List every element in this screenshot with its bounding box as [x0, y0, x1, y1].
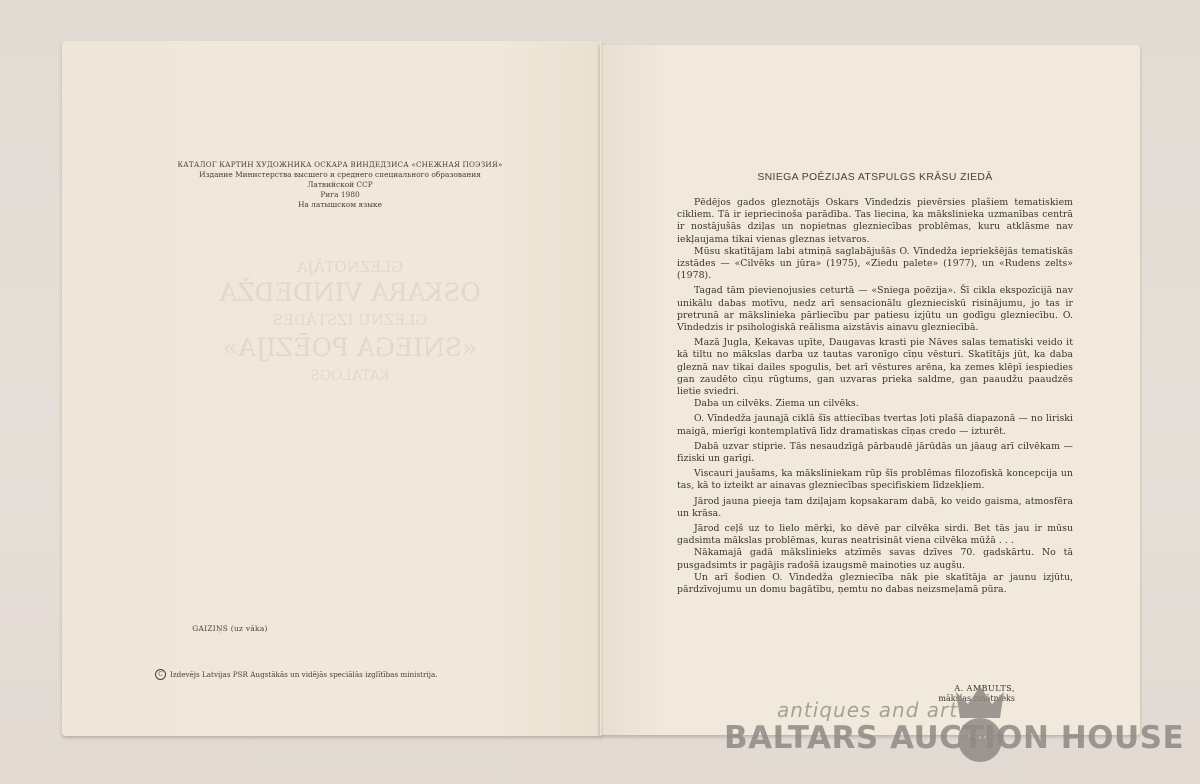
- article-title: SNIEGA POĒZIJAS ATSPULGS KRĀSU ZIEDĀ: [677, 172, 1073, 183]
- book-gutter: [598, 44, 603, 736]
- cover-caption: GAIZIŅS (uz vāka): [130, 624, 330, 633]
- article-paragraph: Un arī šodien O. Vīndedža glezniecība nā…: [677, 572, 1073, 596]
- bleed-line: KATALOGS: [200, 365, 500, 387]
- article-paragraph: Tagad tām pievienojusies ceturtā — «Snie…: [677, 285, 1073, 334]
- copyright-line: C Izdevējs Latvijas PSR Augstākās un vid…: [155, 669, 455, 680]
- imprint-region: Латвийской ССР: [150, 180, 530, 190]
- copyright-icon: C: [155, 669, 166, 680]
- author-name: A. AMBULTS,: [900, 684, 1015, 694]
- imprint-title: КАТАЛОГ КАРТИН ХУДОЖНИКА ОСКАРА ВИНДЕДЗИ…: [150, 160, 530, 170]
- article-paragraph: Nākamajā gadā mākslinieks atzīmēs savas …: [677, 547, 1073, 571]
- bleed-line: «SNIEGA POĒZIJA»: [200, 331, 500, 365]
- bleed-line: GLEZNOTĀJA: [200, 258, 500, 277]
- article-paragraph: Jārod ceļš uz to lielo mērķi, ko dēvē pa…: [677, 523, 1073, 547]
- article-paragraph: Dabā uzvar stiprie. Tās nesaudzīgā pārba…: [677, 441, 1073, 465]
- article: SNIEGA POĒZIJAS ATSPULGS KRĀSU ZIEDĀ Pēd…: [677, 172, 1073, 596]
- article-paragraph: Mūsu skatītājam labi atmiņā saglabājušās…: [677, 246, 1073, 283]
- bleed-through-text: GLEZNOTĀJA OSKARA VINDEDŽA GLEZNU IZSTĀD…: [200, 258, 500, 387]
- bleed-line: OSKARA VINDEDŽA: [200, 277, 500, 309]
- author-signature: A. AMBULTS, mākslas zinātnieks: [900, 684, 1015, 704]
- imprint-city-year: Рига 1980: [150, 190, 530, 200]
- article-paragraph: Pēdējos gados gleznotājs Oskars Vīndedzi…: [677, 197, 1073, 246]
- imprint-language: На латышском языке: [150, 200, 530, 210]
- article-paragraph: O. Vīndedža jaunajā ciklā šīs attiecības…: [677, 413, 1073, 437]
- article-paragraph: Jārod jauna pieeja tam dziļajam kopsakar…: [677, 496, 1073, 520]
- bleed-line: GLEZNU IZSTĀDES: [200, 309, 500, 331]
- imprint-block: КАТАЛОГ КАРТИН ХУДОЖНИКА ОСКАРА ВИНДЕДЗИ…: [150, 160, 530, 210]
- copyright-text: Izdevējs Latvijas PSR Augstākās un vidēj…: [170, 670, 438, 679]
- imprint-publisher: Издание Министерства высшего и среднего …: [150, 170, 530, 180]
- author-role: mākslas zinātnieks: [900, 694, 1015, 704]
- article-paragraph: Viscauri jaušams, ka māksliniekam rūp šī…: [677, 468, 1073, 492]
- article-paragraph: Mazā Jugla, Ķekavas upīte, Daugavas kras…: [677, 337, 1073, 398]
- article-paragraph: Daba un cilvēks. Ziema un cilvēks.: [677, 398, 1073, 410]
